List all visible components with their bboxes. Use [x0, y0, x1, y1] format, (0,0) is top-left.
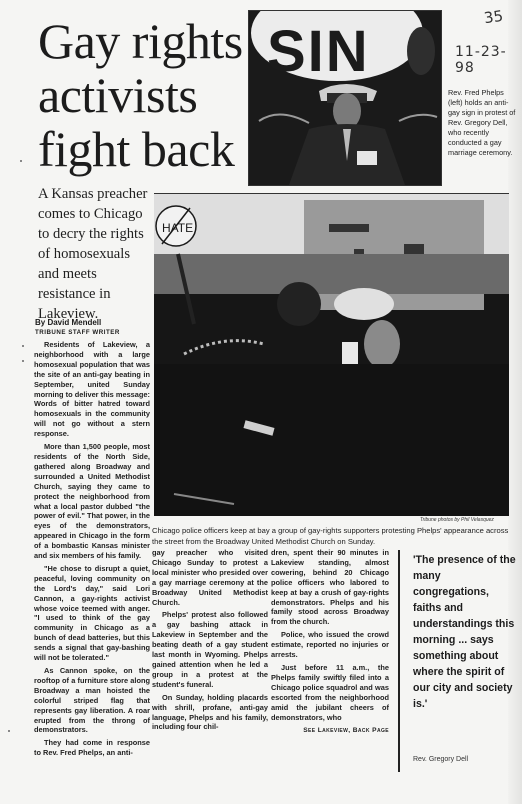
paragraph: On Sunday, holding placards with shrill,…	[152, 693, 268, 733]
scan-speck	[8, 730, 10, 732]
paragraph: "He chose to disrupt a quiet, peaceful, …	[34, 564, 150, 663]
pull-quote-attribution: Rev. Gregory Dell	[413, 756, 468, 763]
paragraph: As Cannon spoke, on the rooftop of a fur…	[34, 666, 150, 735]
paragraph: Phelps' protest also followed a gay bash…	[152, 610, 268, 689]
sin-sign-text: SIN	[267, 19, 370, 84]
deck-subheadline: A Kansas preacher comes to Chicago to de…	[38, 184, 150, 324]
jump-line: See Lakeview, Back Page	[271, 726, 389, 736]
handwritten-page-number: 35	[483, 7, 504, 27]
body-column-3: dren, spent their 90 minutes in Lakeview…	[271, 548, 389, 739]
paragraph: Residents of Lakeview, a neighborhood wi…	[34, 340, 150, 439]
paragraph: gay preacher who visited Chicago Sunday …	[152, 548, 268, 607]
body-column-2: gay preacher who visited Chicago Sunday …	[152, 548, 268, 735]
pull-quote: 'The presence of the many congregations,…	[413, 552, 518, 712]
paragraph: dren, spent their 90 minutes in Lakeview…	[271, 548, 389, 627]
scan-speck	[22, 345, 24, 347]
scan-speck	[22, 360, 24, 362]
photo-phelps-image: SIN	[249, 11, 441, 185]
pull-quote-rule	[398, 550, 400, 772]
paragraph: More than 1,500 people, most residents o…	[34, 442, 150, 561]
handwritten-date: 11-23-98	[455, 44, 522, 76]
body-column-1: Residents of Lakeview, a neighborhood wi…	[34, 340, 150, 761]
paragraph: They had come in response to Rev. Fred P…	[34, 738, 150, 758]
photo-caption-small: Rev. Fred Phelps (left) holds an anti-ga…	[448, 88, 518, 158]
photo-crowd-hate-sign: HATE	[154, 193, 509, 516]
photo-credit: Tribune photos by Phil Velasquez	[420, 517, 494, 523]
byline: By David Mendell Tribune Staff Writer	[35, 318, 150, 337]
byline-title: Tribune Staff Writer	[35, 328, 150, 337]
headline: Gay rights activists fight back	[38, 14, 248, 176]
scan-speck	[20, 160, 22, 162]
paragraph: Police, who issued the crowd estimate, r…	[271, 630, 389, 660]
photo-caption-large: Chicago police officers keep at bay a gr…	[152, 526, 512, 547]
photo-crowd-image: HATE	[154, 194, 509, 516]
byline-author: By David Mendell	[35, 318, 150, 328]
paragraph: Just before 11 a.m., the Phelps family s…	[271, 663, 389, 722]
photo-phelps-sin-sign: SIN	[248, 10, 442, 186]
